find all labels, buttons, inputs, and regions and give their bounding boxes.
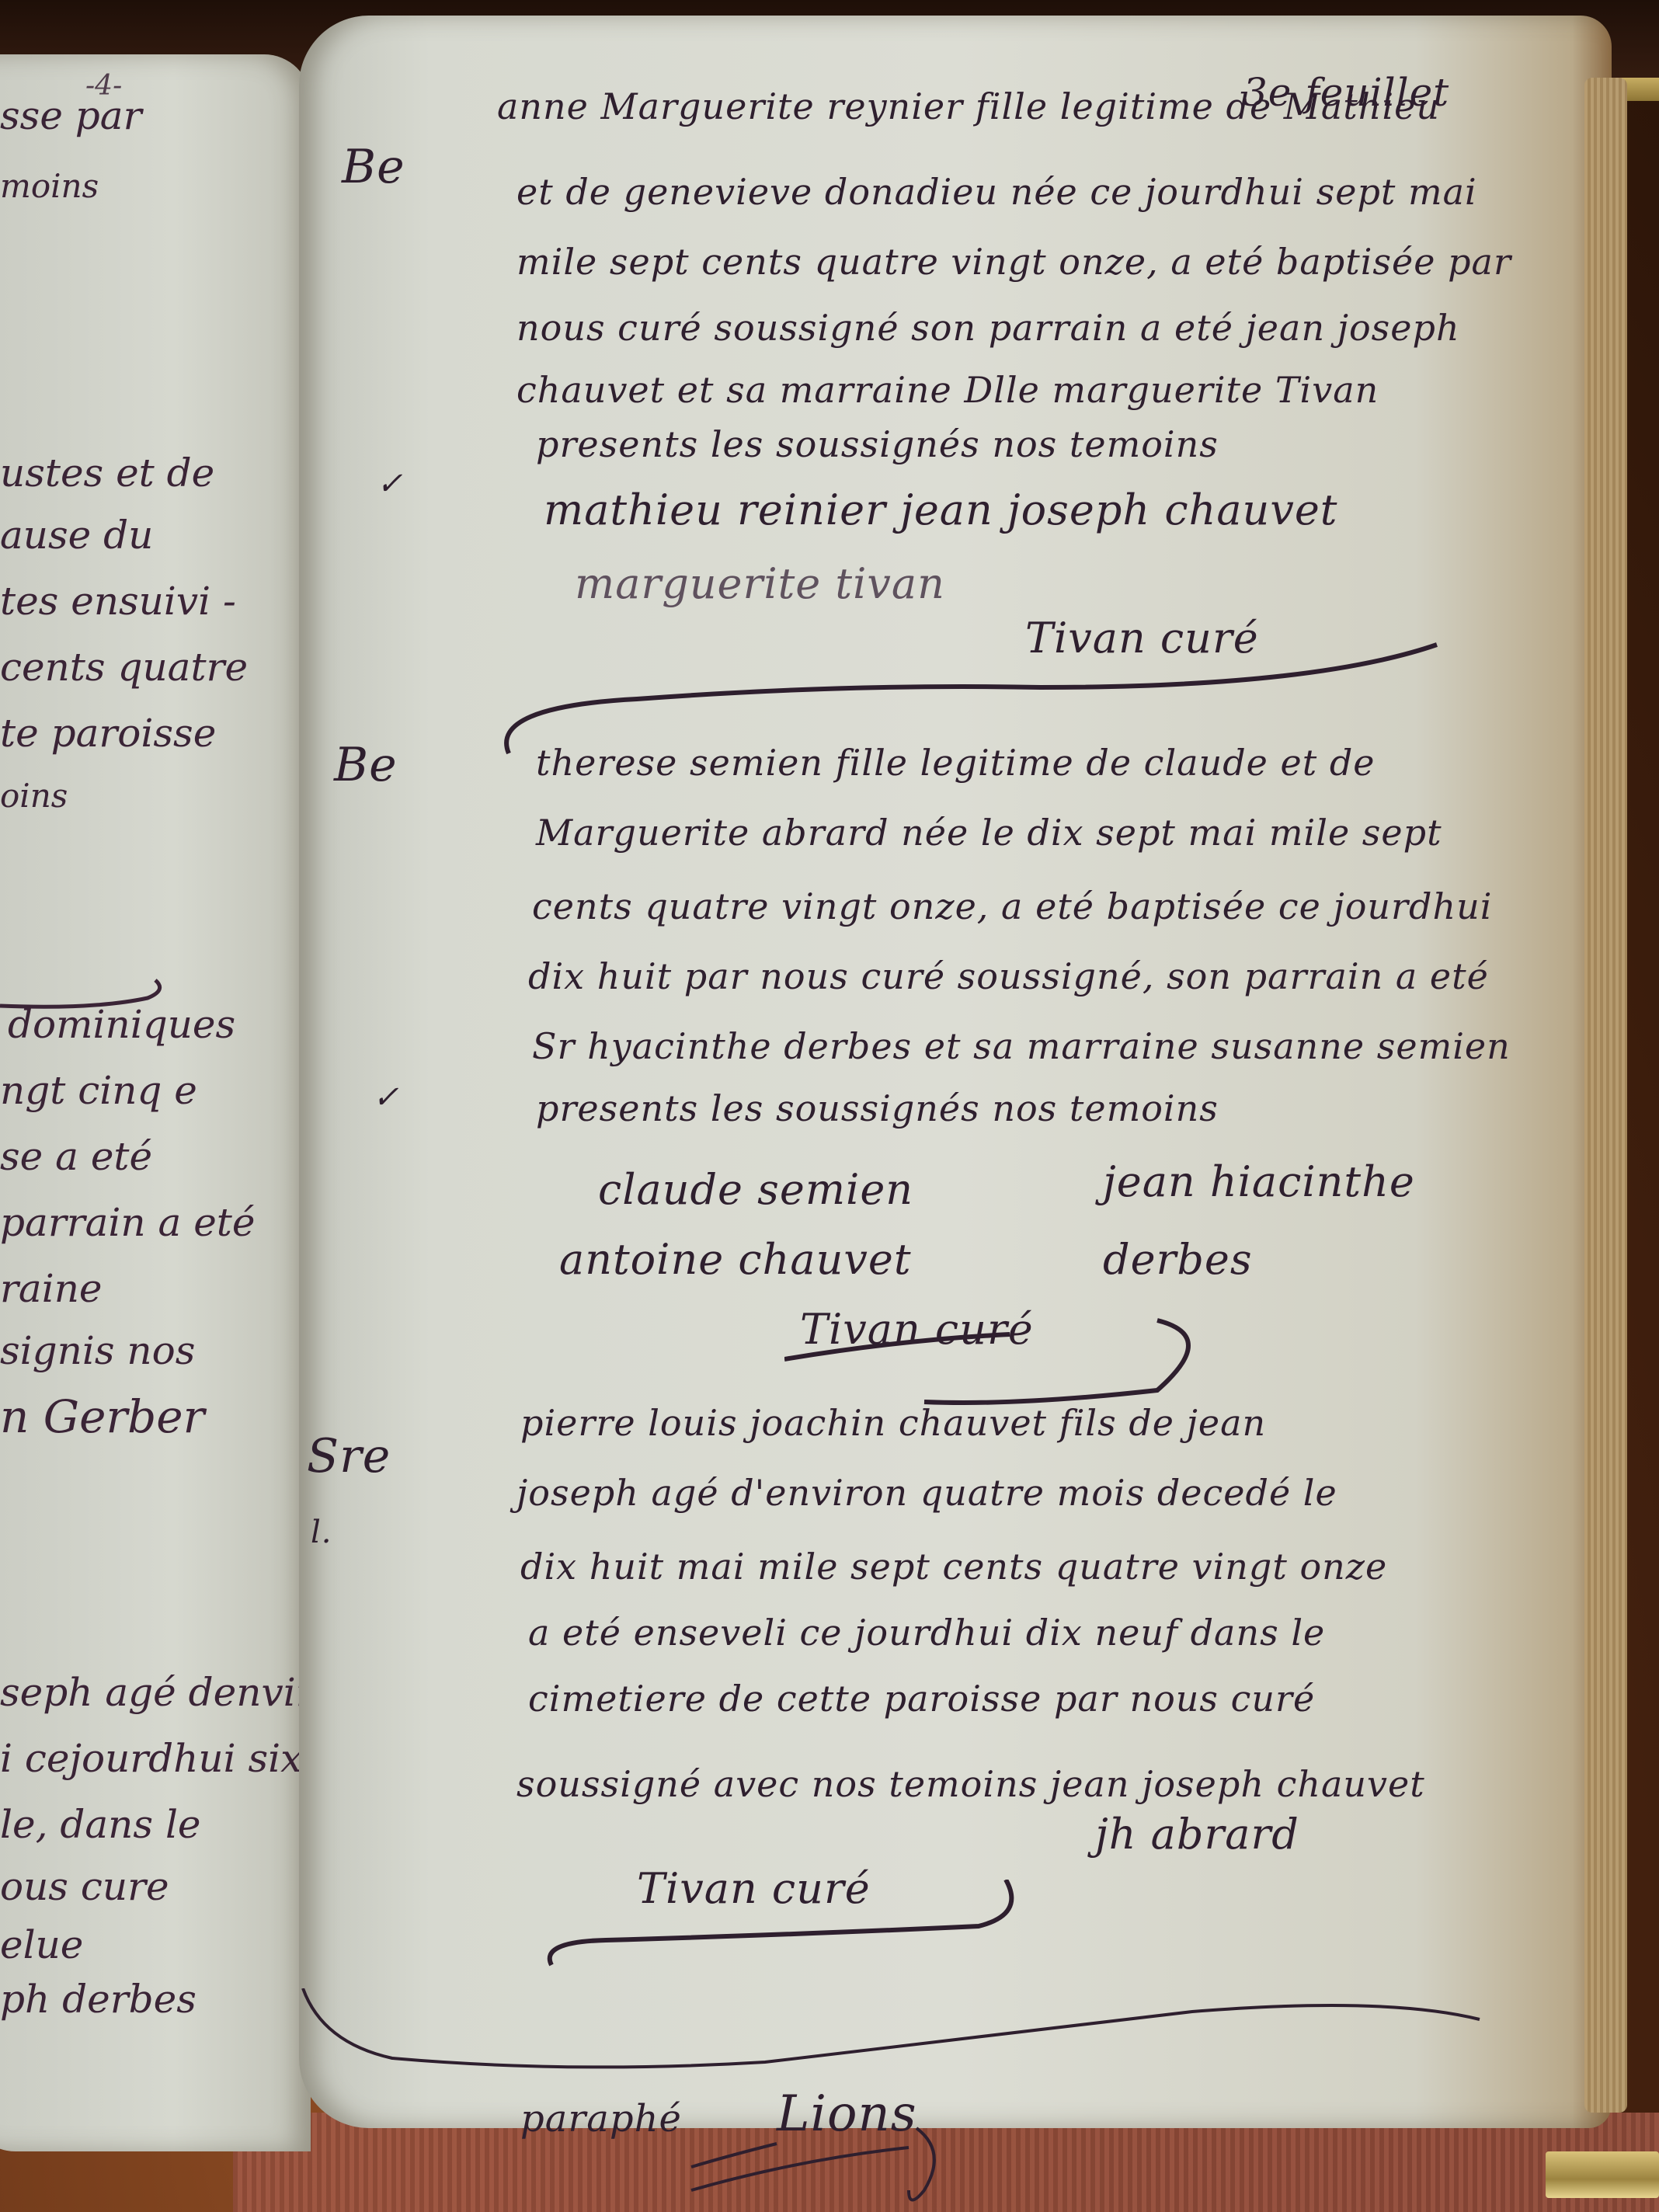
check-mark-icon: ✓ <box>377 466 404 502</box>
left-fragment: le, dans le <box>0 1802 201 1847</box>
entry-line: Sr hyacinthe derbes et sa marraine susan… <box>532 1025 1511 1067</box>
left-fragment: te paroisse <box>0 711 216 756</box>
margin-sub-mark: l. <box>311 1515 332 1550</box>
left-fragment: elue <box>0 1922 83 1967</box>
left-fragment: oins <box>0 777 68 815</box>
left-fragment: ustes et de <box>0 450 214 496</box>
entry-line: presents les soussignés nos temoins <box>536 423 1219 465</box>
signature: claude semien <box>598 1165 913 1214</box>
left-fragment: ause du <box>0 513 153 558</box>
margin-mark: Sre <box>307 1429 391 1483</box>
left-fragment: tes ensuivi - <box>0 579 236 624</box>
bottom-rule-line <box>299 1988 1581 2082</box>
entry-line: dix huit par nous curé soussigné, son pa… <box>528 955 1489 997</box>
signature: antoine chauvet <box>559 1235 912 1284</box>
left-fragment: moins <box>0 167 99 205</box>
entry-line: pierre louis joachin chauvet fils de jea… <box>520 1402 1266 1444</box>
entry-line: nous curé soussigné son parrain a eté je… <box>516 307 1460 349</box>
brass-clasp <box>1546 2151 1659 2198</box>
flourish-stroke <box>683 2097 1010 2212</box>
entry-line: presents les soussignés nos temoins <box>536 1087 1219 1129</box>
entry-line: chauvet et sa marraine Dlle marguerite T… <box>516 369 1379 411</box>
flourish-stroke <box>784 1305 1266 1406</box>
entry-line: cents quatre vingt onze, a eté baptisée … <box>532 885 1492 927</box>
flourish-stroke <box>544 1880 1056 1973</box>
entry-line: Marguerite abrard née le dix sept mai mi… <box>536 812 1442 854</box>
entry-line: anne Marguerite reynier fille legitime d… <box>497 85 1440 127</box>
check-mark-icon: ✓ <box>373 1080 400 1115</box>
left-fragment: n Gerber <box>0 1390 204 1443</box>
entry-line: soussigné avec nos temoins jean joseph c… <box>516 1763 1425 1805</box>
signature: marguerite tivan <box>575 559 945 608</box>
left-fragment: sse par <box>0 93 142 138</box>
left-fragment: parrain a eté <box>0 1200 256 1245</box>
signature: derbes <box>1103 1235 1253 1284</box>
left-fragment: ngt cinq e <box>0 1068 197 1113</box>
page-edges <box>1584 78 1627 2113</box>
entry-line: therese semien fille legitime de claude … <box>536 742 1376 784</box>
entry-line: dix huit mai mile sept cents quatre ving… <box>520 1546 1387 1588</box>
flourish-stroke <box>0 971 179 1017</box>
left-fragment: signis nos <box>0 1328 195 1373</box>
entry-line: joseph agé d'environ quatre mois decedé … <box>516 1472 1337 1514</box>
left-fragment: ph derbes <box>0 1977 197 2022</box>
entry-line: et de genevieve donadieu née ce jourdhui… <box>516 171 1477 213</box>
entry-line: a eté enseveli ce jourdhui dix neuf dans… <box>528 1612 1325 1654</box>
left-fragment: cents quatre <box>0 645 248 690</box>
signature: jean hiacinthe <box>1103 1157 1415 1206</box>
entry-line: cimetiere de cette paroisse par nous cur… <box>528 1678 1315 1720</box>
entry-line: mile sept cents quatre vingt onze, a eté… <box>516 241 1511 283</box>
margin-mark: Be <box>334 738 398 792</box>
signature: mathieu reinier jean joseph chauvet <box>544 485 1338 534</box>
left-fragment: raine <box>0 1266 103 1311</box>
left-fragment: ous cure <box>0 1864 169 1909</box>
signature: jh abrard <box>1095 1810 1299 1859</box>
left-fragment: i cejourdhui six <box>0 1736 302 1781</box>
margin-mark: Be <box>342 140 405 194</box>
paraphe-label: paraphé <box>520 2097 682 2141</box>
left-fragment: se a eté <box>0 1134 152 1179</box>
